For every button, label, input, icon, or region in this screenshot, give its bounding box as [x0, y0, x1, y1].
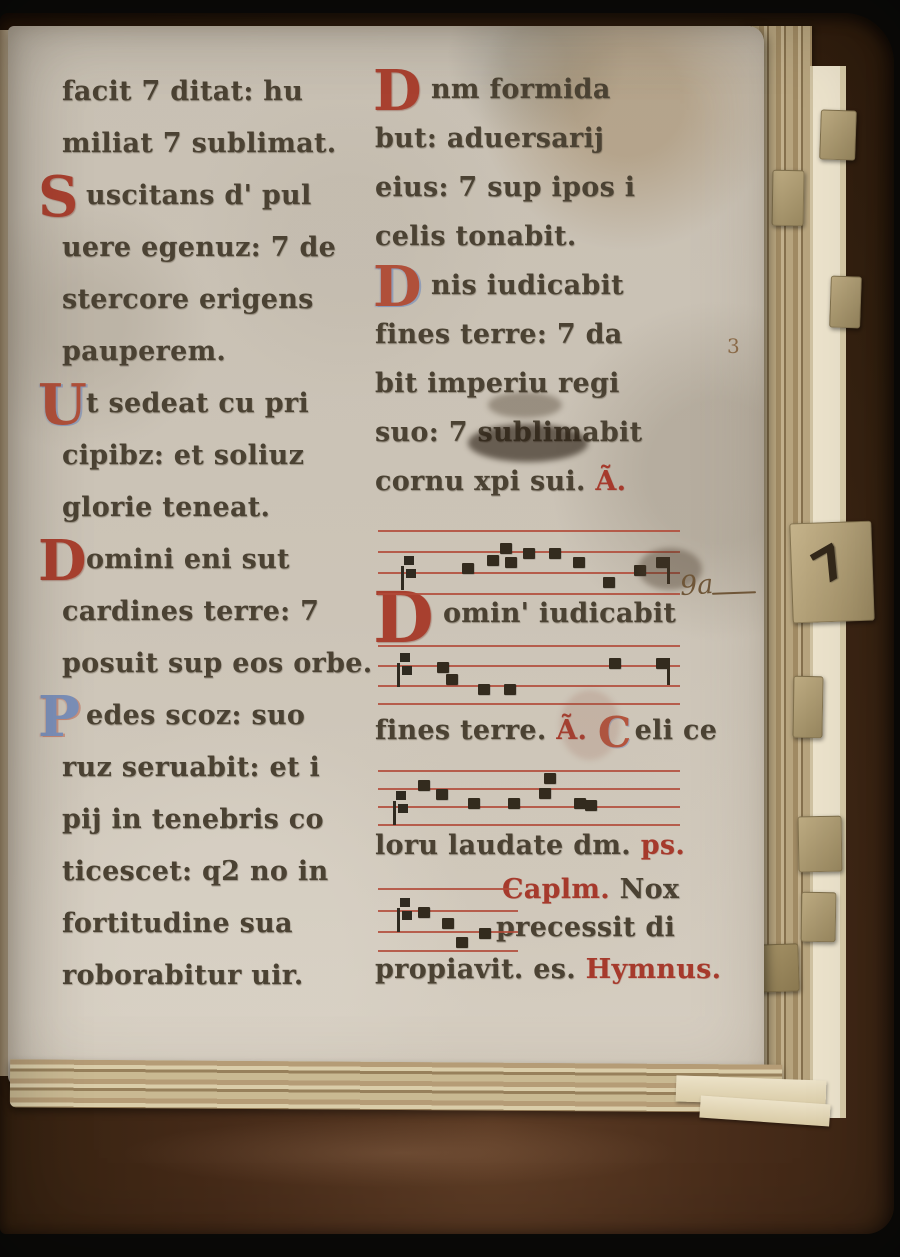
staff-line	[378, 665, 680, 667]
clef-mark	[400, 898, 410, 907]
clef-mark	[404, 556, 414, 565]
clef-mark	[406, 569, 416, 578]
staff-line	[378, 824, 680, 826]
chant-staff	[378, 524, 680, 596]
music-staves	[0, 0, 900, 1257]
staff-line	[378, 770, 680, 772]
neume-note	[603, 577, 615, 588]
neume-note	[549, 548, 561, 559]
neume-note	[500, 543, 512, 554]
chant-staff	[378, 884, 518, 952]
staff-line	[378, 950, 518, 952]
clef-mark	[402, 911, 412, 920]
clef-mark	[396, 791, 406, 800]
clef-mark	[400, 653, 410, 662]
staff-line	[378, 685, 680, 687]
neume-note	[436, 789, 448, 800]
clef-tail	[397, 908, 400, 932]
staff-line	[378, 703, 680, 705]
neume-note	[487, 555, 499, 566]
margin-note: 3	[727, 334, 740, 358]
neume-note	[478, 684, 490, 695]
neume-note	[468, 798, 480, 809]
clef-tail	[401, 566, 404, 590]
manuscript-photo: 7 facit 7 ditat: humiliat 7 sublimat.Sus…	[0, 0, 900, 1257]
neume-note	[609, 658, 621, 669]
chant-staff	[378, 642, 680, 706]
neume-note	[442, 918, 454, 929]
staff-line	[378, 645, 680, 647]
staff-line	[378, 530, 680, 532]
staff-line	[378, 593, 680, 595]
neume-note	[544, 773, 556, 784]
neume-note	[479, 928, 491, 939]
chant-staff	[378, 764, 680, 826]
clef-tail	[397, 663, 400, 687]
ink-stain	[488, 392, 562, 418]
clef-tail	[393, 801, 396, 825]
neume-note	[418, 907, 430, 918]
neume-note	[437, 662, 449, 673]
neume-note	[505, 557, 517, 568]
neume-note	[418, 780, 430, 791]
clef-mark	[402, 666, 412, 675]
neume-stem	[667, 658, 670, 685]
neume-note	[585, 800, 597, 811]
staff-line	[378, 806, 680, 808]
neume-note	[446, 674, 458, 685]
neume-note	[504, 684, 516, 695]
ink-stain	[468, 424, 588, 462]
neume-note	[508, 798, 520, 809]
staff-line	[378, 888, 518, 890]
neume-note	[539, 788, 551, 799]
neume-note	[573, 557, 585, 568]
neume-note	[523, 548, 535, 559]
folio-number: 9a	[679, 569, 714, 602]
neume-note	[462, 563, 474, 574]
clef-mark	[398, 804, 408, 813]
neume-note	[456, 937, 468, 948]
pigment-stain	[560, 690, 620, 760]
